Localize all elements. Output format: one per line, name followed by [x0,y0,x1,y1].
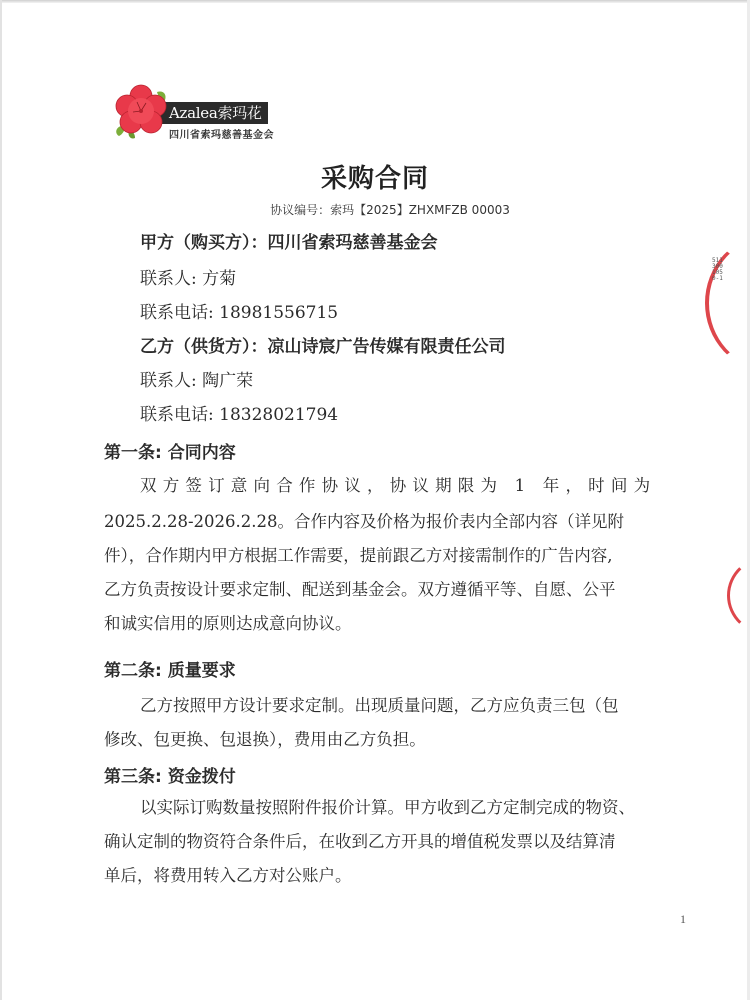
article-3-line-3: 单后，将费用转入乙方对公账户。 [104,862,680,886]
party-b-line: 乙方（供货方）：凉山诗宸广告传媒有限责任公司 [140,332,506,357]
party-a-label: 甲方（购买方）： [140,233,268,253]
contract-number-value: 索玛【2025】ZHXMFZB 00003 [330,203,510,217]
contract-number-label: 协议编号： [270,203,330,217]
contract-number: 协议编号：索玛【2025】ZHXMFZB 00003 [0,201,750,218]
article-1-heading: 第一条: 合同内容 [104,438,236,463]
article-1-line-5: 和诚实信用的原则达成意向协议。 [104,610,680,634]
party-b-contact-line: 联系人: 陶广荣 [140,366,253,391]
logo-brand-cn: 索玛花 [218,104,262,122]
article-2-line-1: 乙方按照甲方设计要求定制。出现质量问题，乙方应负责三包（包 [140,692,680,716]
azalea-flower-icon [113,82,169,140]
foundation-logo: Azalea索玛花 四川省索玛慈善基金会 [113,82,303,142]
party-b-contact: 陶广荣 [202,371,253,391]
party-a-name: 四川省索玛慈善基金会 [268,233,438,253]
logo-brand-en: Azalea [169,104,218,122]
article-3-heading: 第三条: 资金拨付 [104,762,236,787]
party-a-contact: 方菊 [202,269,236,289]
party-a-phone-label: 联系电话: [140,303,214,323]
party-a-line: 甲方（购买方）：四川省索玛慈善基金会 [140,228,438,253]
article-1-line-2: 2025.2.28-2026.2.28。合作内容及价格为报价表内全部内容（详见附 [104,508,680,532]
party-b-label: 乙方（供货方）： [140,337,268,357]
party-b-phone-line: 联系电话: 18328021794 [140,400,338,425]
page-edge-top [0,0,750,3]
article-1-line-3: 件），合作期内甲方根据工作需要，提前跟乙方对接需制作的广告内容, [104,542,680,566]
page-edge-left [0,0,2,1000]
article-2-line-2: 修改、包更换、包退换），费用由乙方负担。 [104,726,680,750]
article-1-line-1: 双方签订意向合作协议，协议期限为 1 年，时间为 [140,472,680,496]
party-a-phone: 18981556715 [219,303,338,323]
party-a-contact-label: 联系人: [140,269,197,289]
article-3-line-1: 以实际订购数量按照附件报价计算。甲方收到乙方定制完成的物资、 [140,794,680,818]
party-b-name: 凉山诗宸广告传媒有限责任公司 [268,337,506,357]
article-3-line-2: 确认定制的物资符合条件后，在收到乙方开具的增值税发票以及结算清 [104,828,680,852]
official-seal-fragment-icon-2 [727,555,750,636]
official-seal-fragment-icon [705,235,750,371]
party-b-phone: 18328021794 [219,405,338,425]
article-2-heading: 第二条: 质量要求 [104,656,236,681]
party-b-contact-label: 联系人: [140,371,197,391]
logo-org-name: 四川省索玛慈善基金会 [169,126,274,141]
article-1-line-4: 乙方负责按设计要求定制、配送到基金会。双方遵循平等、自愿、公平 [104,576,680,600]
page-number: 1 [680,912,686,927]
party-b-phone-label: 联系电话: [140,405,214,425]
party-a-contact-line: 联系人: 方菊 [140,264,236,289]
document-title: 采购合同 [0,158,750,195]
party-a-phone-line: 联系电话: 18981556715 [140,298,338,323]
seal-fragment-text: 5113001050-1 [712,258,726,282]
